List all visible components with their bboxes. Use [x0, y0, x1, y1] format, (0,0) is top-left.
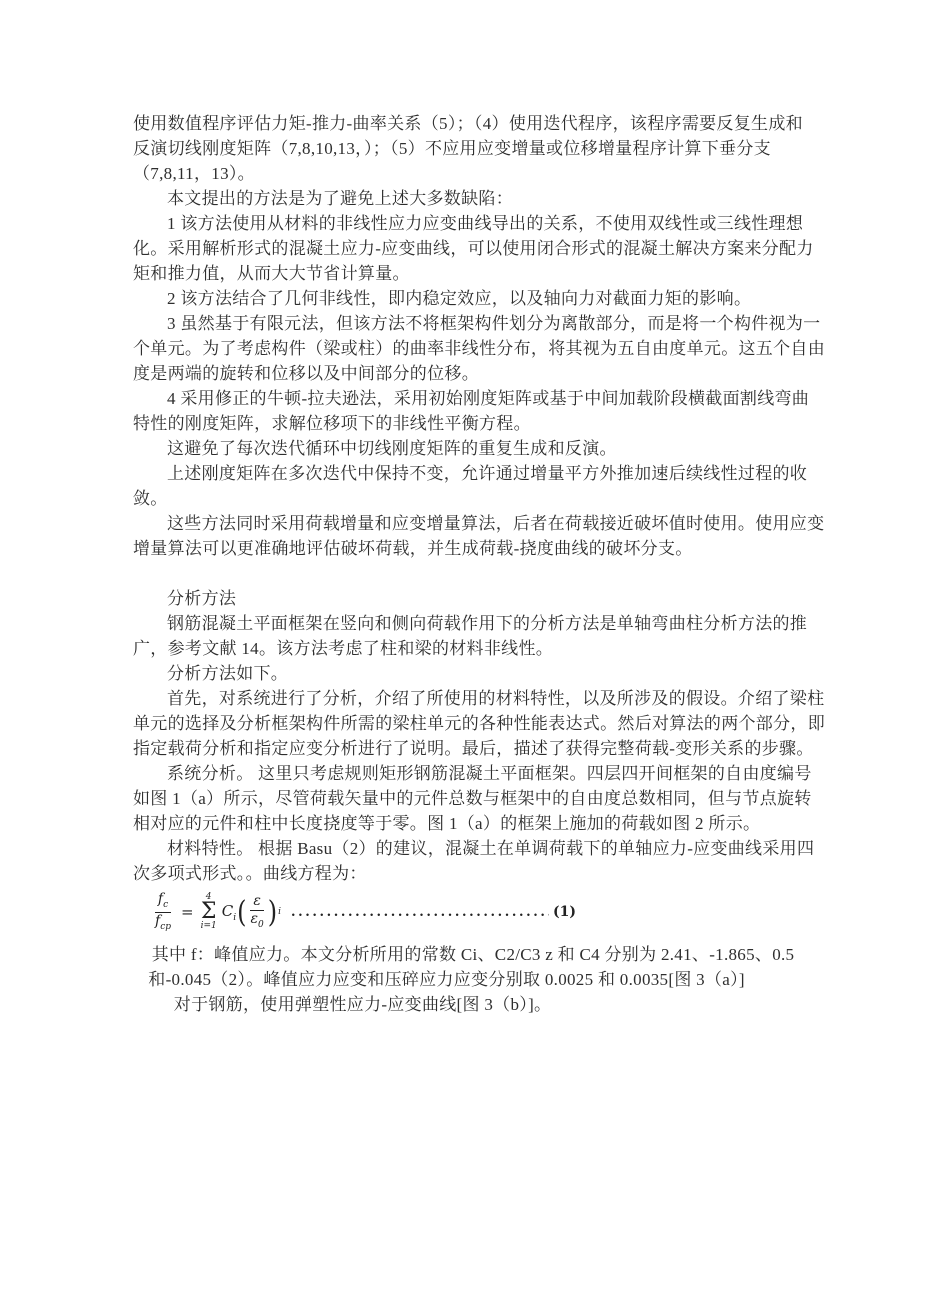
text-line: 这避免了每次迭代循环中切线刚度矩阵的重复生成和反演。	[133, 436, 797, 461]
close-paren: )	[268, 897, 277, 927]
text-line: （7,8,11，13）。	[133, 161, 797, 186]
text-line: 化。采用解析形式的混凝土应力-应变曲线，可以使用闭合形式的混凝土解决方案来分配力	[133, 236, 797, 261]
text-line: 特性的刚度矩阵，求解位移项下的非线性平衡方程。	[133, 411, 797, 436]
text-line: 个单元。为了考虑构件（梁或柱）的曲率非线性分布，将其视为五自由度单元。这五个自由	[133, 336, 797, 361]
text-line: 广，参考文献 14。该方法考虑了柱和梁的材料非线性。	[133, 636, 797, 661]
equation-number: (1)	[553, 904, 576, 920]
text-line: 度是两端的旋转和位移以及中间部分的位移。	[133, 361, 797, 386]
text-line: 首先，对系统进行了分析，介绍了所使用的材料特性，以及所涉及的假设。介绍了梁柱	[133, 686, 797, 711]
open-paren: (	[237, 897, 246, 927]
text-line: 使用数值程序评估力矩-推力-曲率关系（5）；（4）使用迭代程序，该程序需要反复生…	[133, 111, 797, 136]
text-line: 对于钢筋，使用弹塑性应力-应变曲线[图 3（b）]。	[133, 992, 797, 1017]
lhs-numerator: fc	[155, 892, 171, 912]
text-line: 本文提出的方法是为了避免上述大多数缺陷：	[133, 186, 797, 211]
text-line: 4 采用修正的牛顿-拉夫逊法，采用初始刚度矩阵或基于中间加载阶段横截面割线弯曲	[133, 386, 797, 411]
text-block-lower: 其中 f：峰值应力。本文分析所用的常数 Ci、C2/C3 z 和 C4 分别为 …	[133, 942, 797, 1017]
text-line: 分析方法如下。	[133, 661, 797, 686]
text-line: 2 该方法结合了几何非线性，即内稳定效应，以及轴向力对截面力矩的影响。	[133, 286, 797, 311]
text-line: 3 虽然基于有限元法，但该方法不将框架构件划分为离散部分，而是将一个构件视为一	[133, 311, 797, 336]
coefficient-term: Ci	[222, 902, 236, 923]
ratio-numerator: ε	[250, 894, 264, 911]
text-block-upper: 使用数值程序评估力矩-推力-曲率关系（5）；（4）使用迭代程序，该程序需要反复生…	[133, 111, 797, 886]
section-heading: 分析方法	[133, 586, 797, 611]
lhs-denominator: fcp	[152, 913, 174, 932]
text-line: 1 该方法使用从材料的非线性应力应变曲线导出的关系，不使用双线性或三线性理想	[133, 211, 797, 236]
equals-sign: =	[181, 903, 194, 921]
text-line: 和-0.045（2）。峰值应力应变和压碎应力应变分别取 0.0025 和 0.0…	[133, 967, 797, 992]
strain-ratio-fraction: ε ε0	[247, 894, 266, 930]
equation-1: fc fcp = 4 Σ i=1 Ci ( ε ε0 ) i .........…	[133, 887, 797, 937]
ratio-denominator: ε0	[247, 911, 266, 930]
text-line: 钢筋混凝土平面框架在竖向和侧向荷载作用下的分析方法是单轴弯曲柱分析方法的推	[133, 611, 797, 636]
blank-line	[133, 561, 797, 586]
sum-lower-limit: i=1	[201, 922, 217, 931]
text-line: 次多项式形式。。曲线方程为：	[133, 861, 797, 886]
summation-symbol: 4 Σ i=1	[201, 893, 217, 931]
text-line: 如图 1（a）所示，尽管荷载矢量中的元件总数与框架中的自由度总数相同，但与节点旋…	[133, 786, 797, 811]
text-line: 其中 f：峰值应力。本文分析所用的常数 Ci、C2/C3 z 和 C4 分别为 …	[133, 942, 797, 967]
text-line: 系统分析。 这里只考虑规则矩形钢筋混凝土平面框架。四层四开间框架的自由度编号	[133, 761, 797, 786]
exponent: i	[278, 907, 281, 917]
text-line: 单元的选择及分析框架构件所需的梁柱单元的各种性能表达式。然后对算法的两个部分，即	[133, 711, 797, 736]
text-line: 矩和推力值，从而大大节省计算量。	[133, 261, 797, 286]
equation-lhs-fraction: fc fcp	[152, 892, 174, 931]
text-line: 材料特性。 根据 Basu（2）的建议，混凝土在单调荷载下的单轴应力-应变曲线采…	[133, 836, 797, 861]
text-line: 反演切线刚度矩阵（7,8,10,13，）；（5）不应用应变增量或位移增量程序计算…	[133, 136, 797, 161]
text-line: 这些方法同时采用荷载增量和应变增量算法，后者在荷载接近破坏值时使用。使用应变	[133, 511, 797, 536]
document-page: 使用数值程序评估力矩-推力-曲率关系（5）；（4）使用迭代程序，该程序需要反复生…	[0, 0, 926, 1309]
sigma-icon: Σ	[201, 902, 217, 922]
text-line: 相对应的元件和柱中长度挠度等于零。图 1（a）的框架上施加的荷载如图 2 所示。	[133, 811, 797, 836]
document-body: 使用数值程序评估力矩-推力-曲率关系（5）；（4）使用迭代程序，该程序需要反复生…	[133, 111, 797, 1017]
text-line: 上述刚度矩阵在多次迭代中保持不变，允许通过增量平方外推加速后续线性过程的收	[133, 461, 797, 486]
text-line: 增量算法可以更准确地评估破坏荷载，并生成荷载-挠度曲线的破坏分支。	[133, 536, 797, 561]
text-line: 敛。	[133, 486, 797, 511]
dotted-leader: ........................................…	[291, 905, 549, 920]
text-line: 指定载荷分析和指定应变分析进行了说明。最后，描述了获得完整荷载-变形关系的步骤。	[133, 736, 797, 761]
